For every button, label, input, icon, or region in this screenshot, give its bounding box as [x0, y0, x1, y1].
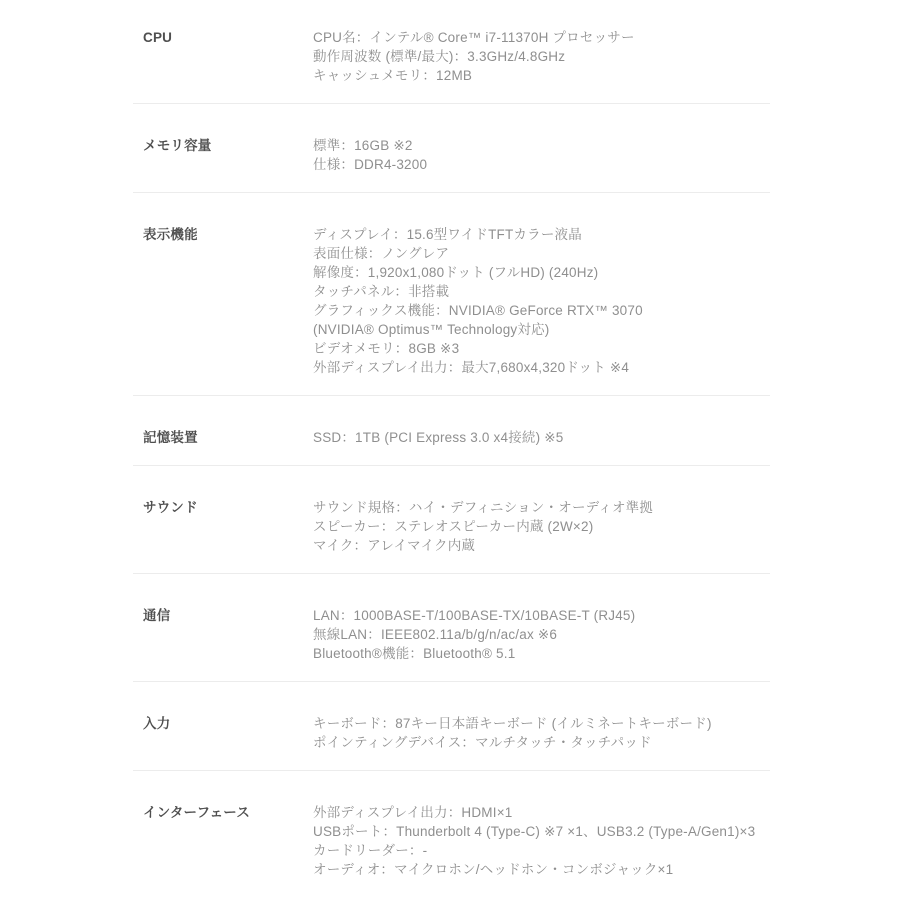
spec-label: インターフェース — [133, 803, 313, 822]
spec-value-line: キャッシュメモリ：12MB — [313, 66, 770, 85]
spec-value-line: オーディオ：マイクロホン/ヘッドホン・コンボジャック×1 — [313, 860, 770, 879]
spec-value-line: 動作周波数 (標準/最大)：3.3GHz/4.8GHz — [313, 47, 770, 66]
spec-value-line: キーボード：87キー日本語キーボード (イルミネートキーボード) — [313, 714, 770, 733]
spec-value-line: ビデオメモリ：8GB ※3 — [313, 339, 770, 358]
spec-row: メモリ容量 標準：16GB ※2仕様：DDR4-3200 — [133, 104, 770, 193]
spec-value-line: 表面仕様：ノングレア — [313, 244, 770, 263]
spec-value-line: タッチパネル：非搭載 — [313, 282, 770, 301]
spec-label: メモリ容量 — [133, 136, 313, 155]
spec-value-line: 無線LAN：IEEE802.11a/b/g/n/ac/ax ※6 — [313, 625, 770, 644]
spec-label: サウンド — [133, 498, 313, 517]
spec-values: 標準：16GB ※2仕様：DDR4-3200 — [313, 136, 770, 174]
spec-row: インターフェース 外部ディスプレイ出力：HDMI×1USBポート：Thunder… — [133, 771, 770, 897]
spec-value-line: CPU名：インテル® Core™ i7-11370H プロセッサー — [313, 28, 770, 47]
spec-row: 表示機能 ディスプレイ：15.6型ワイドTFTカラー液晶表面仕様：ノングレア解像… — [133, 193, 770, 396]
spec-page: CPU CPU名：インテル® Core™ i7-11370H プロセッサー動作周… — [0, 0, 900, 900]
spec-values: LAN：1000BASE-T/100BASE-TX/10BASE-T (RJ45… — [313, 606, 770, 663]
spec-value-line: スピーカー：ステレオスピーカー内蔵 (2W×2) — [313, 517, 770, 536]
spec-value-line: グラフィックス機能：NVIDIA® GeForce RTX™ 3070 — [313, 301, 770, 320]
spec-label: 表示機能 — [133, 225, 313, 244]
spec-value-line: (NVIDIA® Optimus™ Technology対応) — [313, 320, 770, 339]
spec-value-line: 標準：16GB ※2 — [313, 136, 770, 155]
spec-row: 通信 LAN：1000BASE-T/100BASE-TX/10BASE-T (R… — [133, 574, 770, 682]
spec-label: 通信 — [133, 606, 313, 625]
spec-label: 入力 — [133, 714, 313, 733]
spec-value-line: サウンド規格：ハイ・デフィニション・オーディオ準拠 — [313, 498, 770, 517]
spec-label: CPU — [133, 28, 313, 47]
spec-row: CPU CPU名：インテル® Core™ i7-11370H プロセッサー動作周… — [133, 0, 770, 104]
spec-value-line: Bluetooth®機能：Bluetooth® 5.1 — [313, 644, 770, 663]
spec-value-line: ディスプレイ：15.6型ワイドTFTカラー液晶 — [313, 225, 770, 244]
spec-row: 入力 キーボード：87キー日本語キーボード (イルミネートキーボード)ポインティ… — [133, 682, 770, 771]
spec-value-line: マイク：アレイマイク内蔵 — [313, 536, 770, 555]
spec-value-line: USBポート：Thunderbolt 4 (Type-C) ※7 ×1、USB3… — [313, 822, 770, 841]
spec-values: CPU名：インテル® Core™ i7-11370H プロセッサー動作周波数 (… — [313, 28, 770, 85]
spec-value-line: カードリーダー：- — [313, 841, 770, 860]
spec-values: キーボード：87キー日本語キーボード (イルミネートキーボード)ポインティングデ… — [313, 714, 770, 752]
spec-value-line: 外部ディスプレイ出力：HDMI×1 — [313, 803, 770, 822]
spec-value-line: ポインティングデバイス：マルチタッチ・タッチパッド — [313, 733, 770, 752]
spec-value-line: 仕様：DDR4-3200 — [313, 155, 770, 174]
spec-row: サウンド サウンド規格：ハイ・デフィニション・オーディオ準拠スピーカー：ステレオ… — [133, 466, 770, 574]
spec-value-line: 外部ディスプレイ出力：最大7,680x4,320ドット ※4 — [313, 358, 770, 377]
spec-label: 記憶装置 — [133, 428, 313, 447]
spec-values: 外部ディスプレイ出力：HDMI×1USBポート：Thunderbolt 4 (T… — [313, 803, 770, 879]
spec-values: SSD：1TB (PCI Express 3.0 x4接続) ※5 — [313, 428, 770, 447]
spec-value-line: SSD：1TB (PCI Express 3.0 x4接続) ※5 — [313, 428, 770, 447]
spec-table: CPU CPU名：インテル® Core™ i7-11370H プロセッサー動作周… — [133, 0, 770, 897]
spec-values: ディスプレイ：15.6型ワイドTFTカラー液晶表面仕様：ノングレア解像度：1,9… — [313, 225, 770, 377]
spec-row: 記憶装置 SSD：1TB (PCI Express 3.0 x4接続) ※5 — [133, 396, 770, 466]
spec-values: サウンド規格：ハイ・デフィニション・オーディオ準拠スピーカー：ステレオスピーカー… — [313, 498, 770, 555]
spec-value-line: LAN：1000BASE-T/100BASE-TX/10BASE-T (RJ45… — [313, 606, 770, 625]
spec-value-line: 解像度：1,920x1,080ドット (フルHD) (240Hz) — [313, 263, 770, 282]
